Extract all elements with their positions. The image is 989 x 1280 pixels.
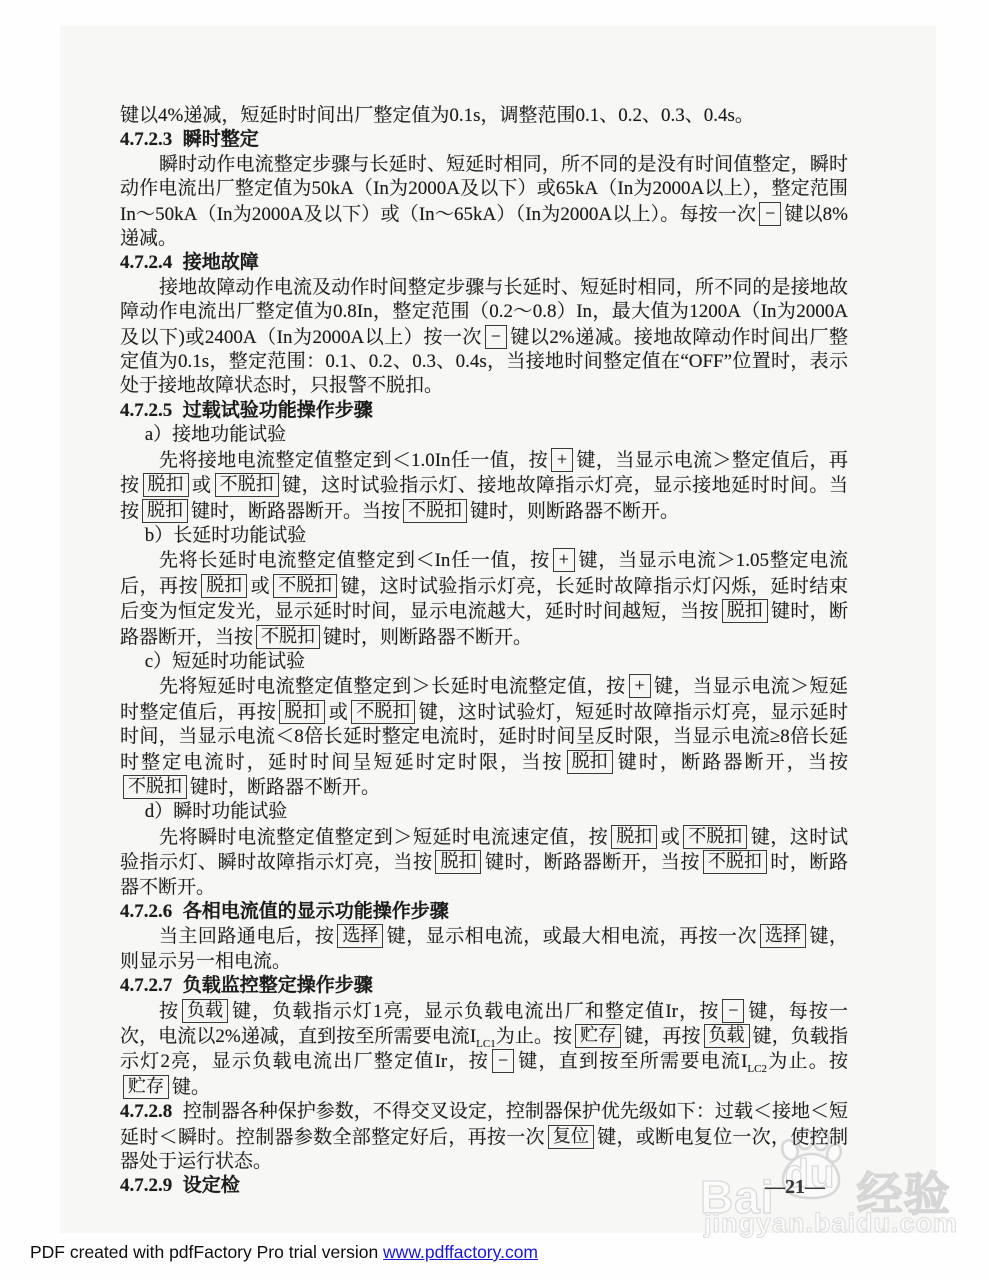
text-run: 或 [192, 475, 212, 496]
text-run: 键，显示相电流，或最大相电流，再按一次 [386, 926, 757, 947]
text-run: 键以4%递减，短延时时间出厂整定值为0.1s，调整范围0.1、0.2、0.3、0… [120, 105, 754, 126]
key-cap: 不脱扣 [403, 499, 467, 523]
text-run: 键，负载指示灯1亮，显示负载电流出厂和整定值Ir，按 [231, 1001, 719, 1022]
doc-block: 按负载键，负载指示灯1亮，显示负载电流出厂和整定值Ir，按−键，每按一次，电流以… [120, 999, 848, 1101]
text-run: 键，再按 [624, 1026, 700, 1047]
doc-block: a）接地功能试验 [120, 423, 848, 447]
key-cap: 脱扣 [143, 473, 189, 497]
text-run: 为止。按 [496, 1026, 572, 1047]
key-cap: 不脱扣 [123, 775, 187, 799]
subscript-text: LC2 [747, 1063, 767, 1075]
key-cap: − [759, 202, 781, 226]
key-cap: 不脱扣 [351, 700, 415, 724]
key-cap: 不脱扣 [683, 825, 747, 849]
key-cap: 脱扣 [567, 750, 613, 774]
section-number: 4.7.2.7 [120, 975, 172, 996]
text-run: b）长延时功能试验 [145, 525, 307, 546]
text-run: 键。 [172, 1077, 210, 1098]
text-run: 先将接地电流整定值整定到＜1.0In任一值，按 [159, 450, 548, 471]
doc-block: 4.7.2.9设定检 [120, 1174, 848, 1198]
text-run: 按 [159, 1001, 179, 1022]
section-number: 4.7.2.5 [120, 400, 172, 421]
text-run: 键，直到按至所需要电流I [517, 1051, 747, 1072]
key-cap: + [551, 448, 573, 472]
doc-block: 当主回路通电后，按选择键，显示相电流，或最大相电流，再按一次选择键，则显示另一相… [120, 924, 848, 974]
key-cap: 复位 [548, 1125, 594, 1149]
footer: PDF created with pdfFactory Pro trial ve… [30, 1242, 538, 1263]
section-number: 4.7.2.4 [120, 252, 172, 273]
text-run: 先将瞬时电流整定值整定到＞短延时电流速定值，按 [159, 827, 608, 848]
text-run: 或 [660, 827, 680, 848]
text-run: 为止。按 [767, 1051, 848, 1072]
subscript-text: LC1 [476, 1038, 496, 1050]
text-run: 键时，则断路器不断开。 [323, 627, 532, 648]
doc-block: 键以4%递减，短延时时间出厂整定值为0.1s，调整范围0.1、0.2、0.3、0… [120, 104, 848, 128]
text-run: c）短延时功能试验 [145, 651, 305, 672]
doc-block: 4.7.2.7负载监控整定操作步骤 [120, 974, 848, 998]
key-cap: 脱扣 [201, 574, 247, 598]
key-cap: − [722, 999, 744, 1023]
footer-link[interactable]: www.pdffactory.com [383, 1242, 538, 1262]
key-cap: + [553, 548, 575, 572]
key-cap: − [485, 325, 507, 349]
text-run: 键时，断路器不断开。 [190, 777, 380, 798]
key-cap: − [492, 1049, 514, 1073]
text-run: 键时，断路器断开。当按 [191, 501, 400, 522]
doc-block: 4.7.2.3瞬时整定 [120, 128, 848, 152]
text-run: 先将长延时电流整定值整定到＜In任一值，按 [159, 550, 550, 571]
text-run: 瞬时整定 [183, 129, 259, 150]
page-number: —21— [765, 1176, 825, 1199]
text-run: 或 [250, 576, 270, 597]
text-run: 过载试验功能操作步骤 [183, 400, 373, 421]
key-cap: 脱扣 [611, 825, 657, 849]
key-cap: 选择 [337, 924, 383, 948]
text-run: 各相电流值的显示功能操作步骤 [183, 901, 449, 922]
key-cap: 脱扣 [722, 599, 768, 623]
text-run: 当主回路通电后，按 [159, 926, 334, 947]
doc-block: 4.7.2.4接地故障 [120, 251, 848, 275]
section-number: 4.7.2.3 [120, 129, 172, 150]
key-cap: 负载 [182, 999, 228, 1023]
key-cap: 脱扣 [435, 850, 481, 874]
doc-block: 瞬时动作电流整定步骤与长延时、短延时相同，所不同的是没有时间值整定，瞬时动作电流… [120, 153, 848, 252]
key-cap: 脱扣 [279, 700, 325, 724]
key-cap: + [629, 674, 651, 698]
key-cap: 不脱扣 [215, 473, 279, 497]
text-run: 键时，断路器断开，当按 [484, 852, 699, 873]
text-run: a）接地功能试验 [145, 424, 286, 445]
text-run: d）瞬时功能试验 [145, 801, 288, 822]
doc-block: 先将长延时电流整定值整定到＜In任一值，按+键，当显示电流＞1.05整定电流后，… [120, 548, 848, 650]
text-run: 瞬时动作电流整定步骤与长延时、短延时相同，所不同的是没有时间值整定，瞬时动作电流… [120, 154, 848, 225]
text-run: 键时，则断路器不断开。 [470, 501, 679, 522]
key-cap: 不脱扣 [703, 850, 767, 874]
section-number: 4.7.2.8 [120, 1101, 172, 1122]
text-run: 键时，断路器断开，当按 [616, 752, 848, 773]
key-cap: 不脱扣 [256, 625, 320, 649]
key-cap: 选择 [760, 924, 806, 948]
document-body: 键以4%递减，短延时时间出厂整定值为0.1s，调整范围0.1、0.2、0.3、0… [120, 104, 848, 1199]
section-number: 4.7.2.6 [120, 901, 172, 922]
text-run: 接地故障 [183, 252, 259, 273]
key-cap: 不脱扣 [273, 574, 337, 598]
watermark-url: jingyan.baidu.com [704, 1208, 958, 1239]
section-number: 4.7.2.9 [120, 1175, 172, 1196]
text-run: 先将短延时电流整定值整定到＞长延时电流整定值，按 [159, 676, 626, 697]
key-cap: 负载 [704, 1024, 750, 1048]
doc-block: 接地故障动作电流及动作时间整定步骤与长延时、短延时相同，所不同的是接地故障动作电… [120, 276, 848, 399]
doc-block: 先将接地电流整定值整定到＜1.0In任一值，按+键，当显示电流＞整定值后，再按脱… [120, 448, 848, 524]
key-cap: 贮存 [123, 1075, 169, 1099]
key-cap: 脱扣 [142, 499, 188, 523]
doc-block: 4.7.2.6各相电流值的显示功能操作步骤 [120, 900, 848, 924]
key-cap: 贮存 [575, 1024, 621, 1048]
doc-block: c）短延时功能试验 [120, 650, 848, 674]
doc-block: b）长延时功能试验 [120, 524, 848, 548]
doc-block: 4.7.2.5过载试验功能操作步骤 [120, 399, 848, 423]
footer-text: PDF created with pdfFactory Pro trial ve… [30, 1242, 383, 1262]
text-run: 或 [328, 702, 348, 723]
doc-block: 先将短延时电流整定值整定到＞长延时电流整定值，按+键，当显示电流＞短延时整定值后… [120, 674, 848, 800]
doc-block: d）瞬时功能试验 [120, 800, 848, 824]
doc-block: 4.7.2.8控制器各种保护参数，不得交叉设定，控制器保护优先级如下：过载＜接地… [120, 1100, 848, 1174]
text-run: 设定检 [183, 1175, 240, 1196]
doc-block: 先将瞬时电流整定值整定到＞短延时电流速定值，按脱扣或不脱扣键，这时试验指示灯、瞬… [120, 825, 848, 900]
text-run: 负载监控整定操作步骤 [183, 975, 373, 996]
